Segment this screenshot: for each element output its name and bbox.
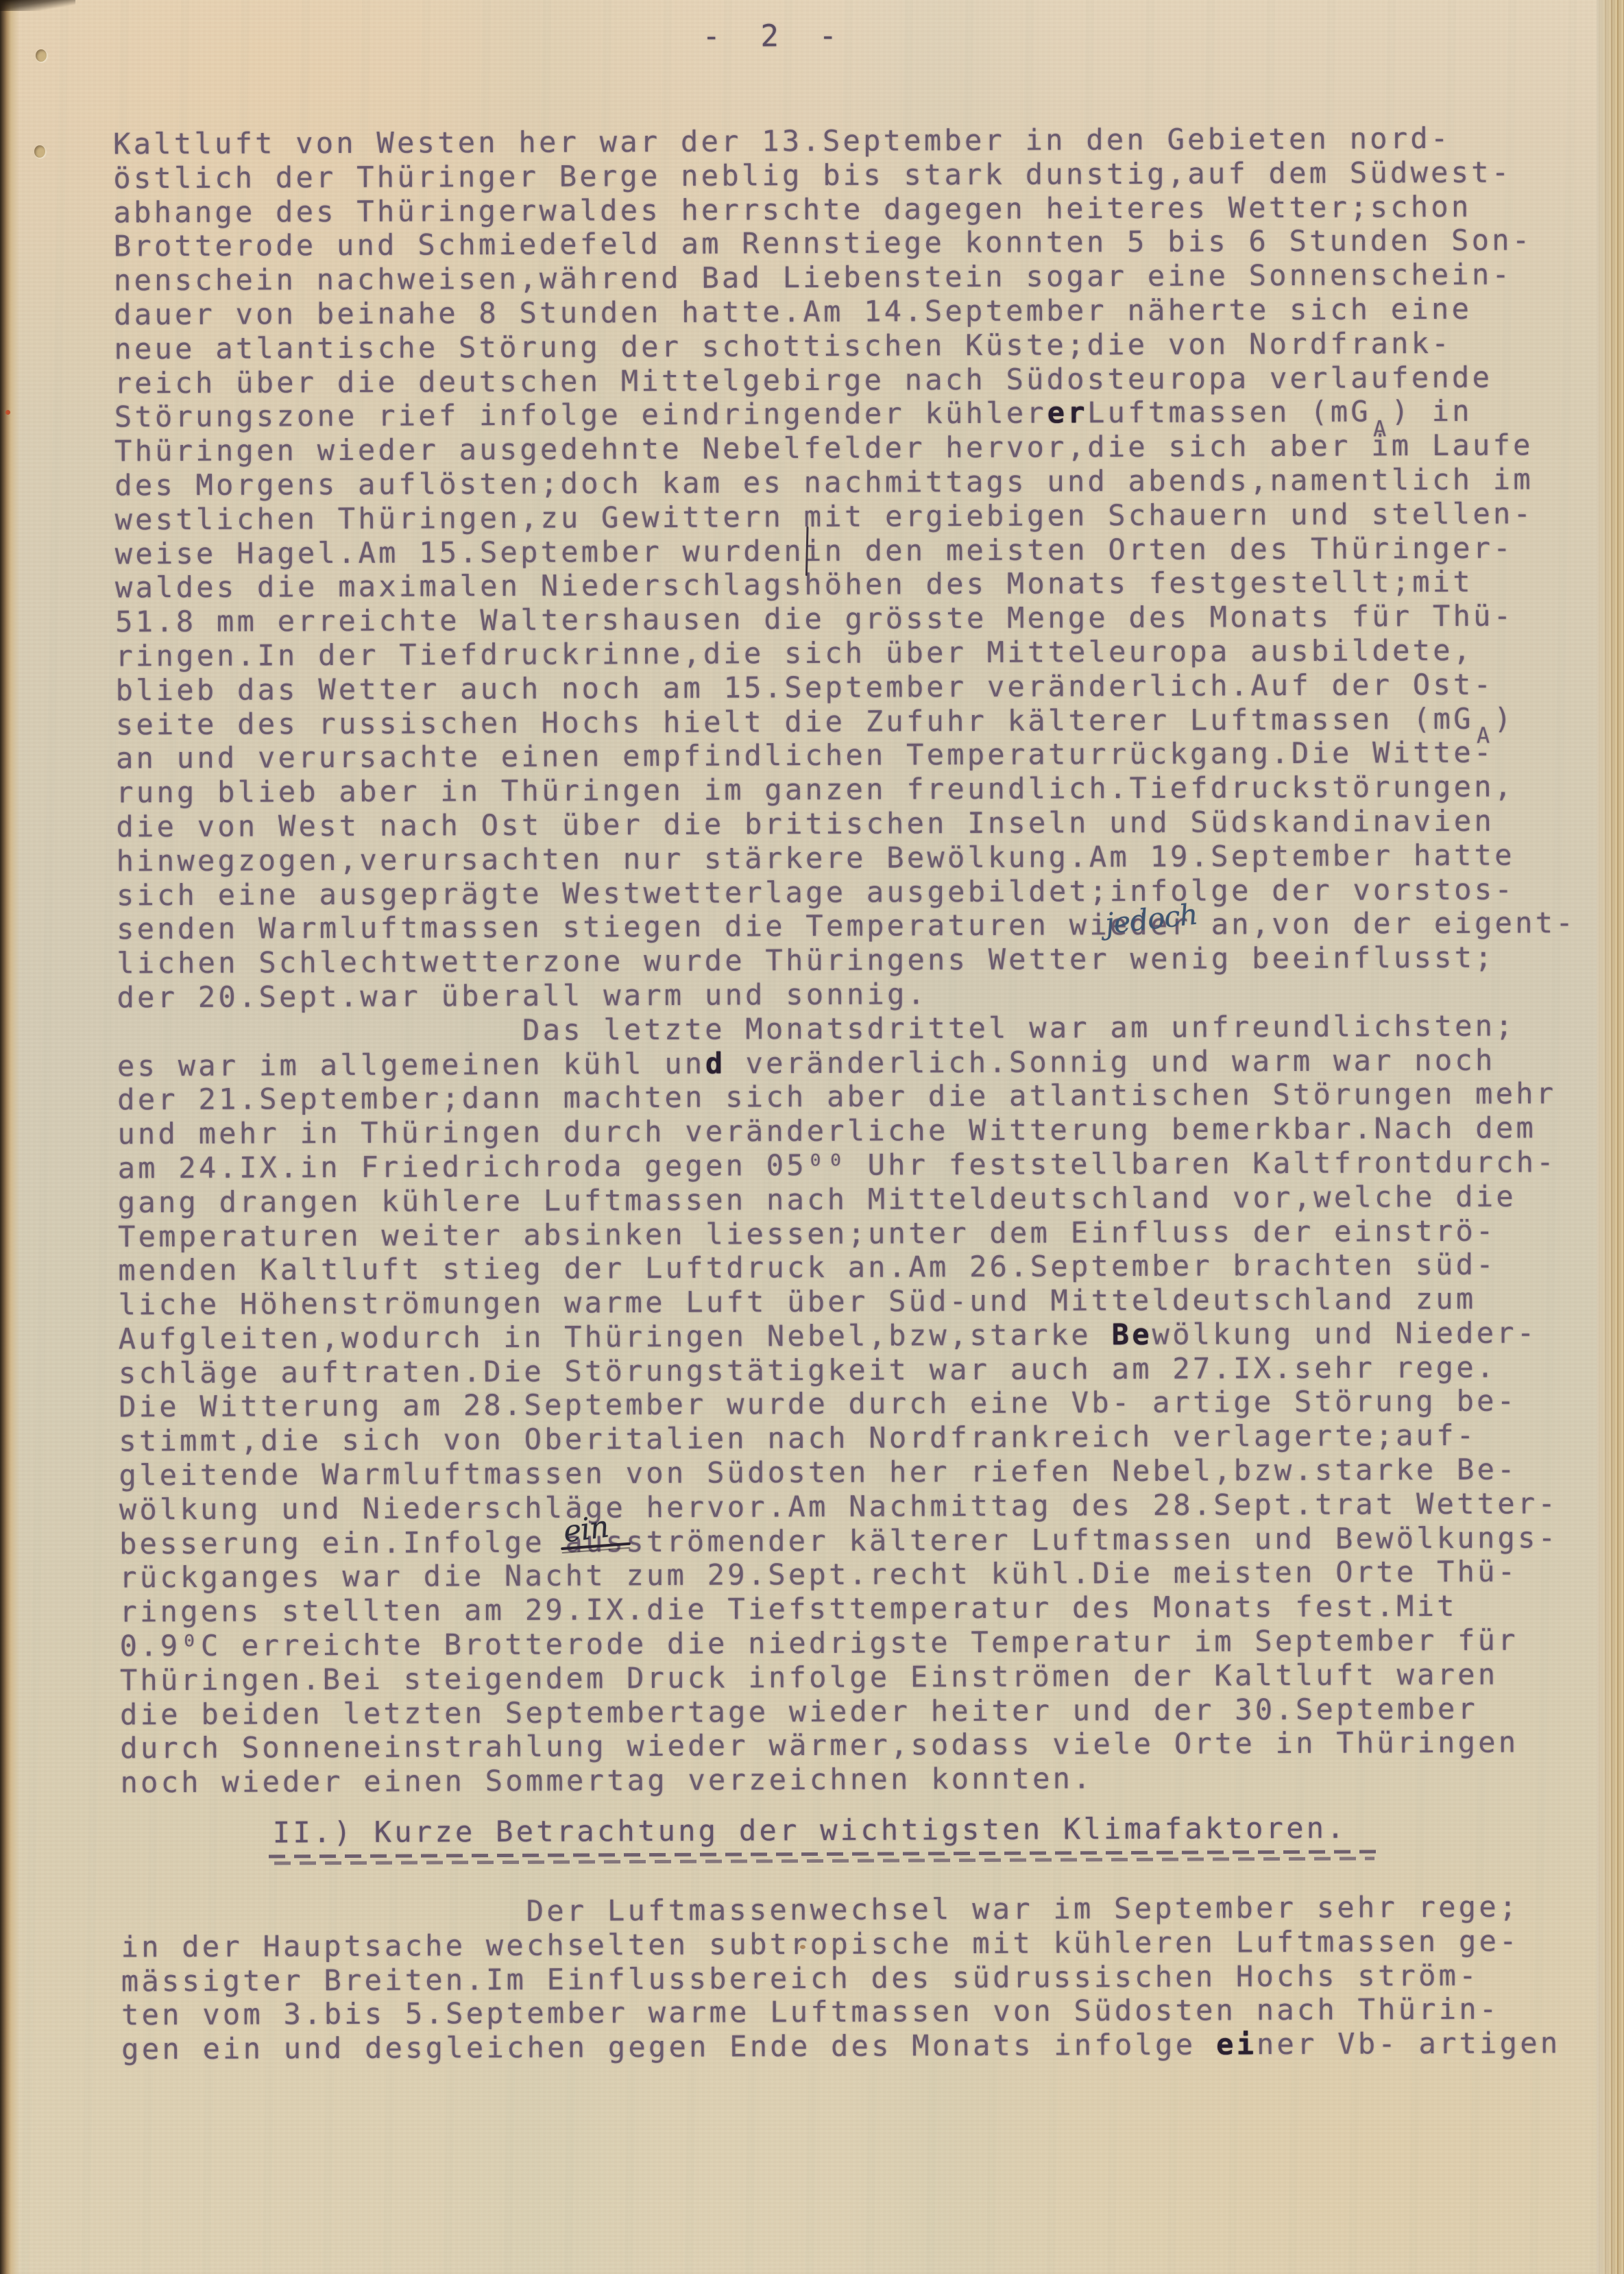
- overstrike-correction: ei: [1216, 2027, 1257, 2061]
- section-heading: II.) Kurze Betrachtung der wichtigsten K…: [273, 1811, 1347, 1850]
- closing-paragraph: Der Luftmassenwechsel war im September s…: [121, 1889, 1560, 2066]
- overstrike-correction: Be: [1112, 1318, 1152, 1352]
- typewritten-text-layer: - 2 - Kaltluft von Westen her war der 13…: [0, 0, 1624, 2274]
- overstrike-correction: er: [1047, 396, 1088, 430]
- body-paragraphs: Kaltluft von Westen her war der 13.Septe…: [113, 121, 1579, 1800]
- heading-underline: [274, 1856, 1374, 1865]
- page-number: - 2 -: [702, 19, 848, 54]
- subscript-a: A: [1477, 723, 1490, 749]
- scanned-page: - 2 - Kaltluft von Westen her war der 13…: [0, 0, 1624, 2274]
- subscript-a: A: [1373, 415, 1386, 442]
- overstrike-correction: d: [705, 1047, 726, 1081]
